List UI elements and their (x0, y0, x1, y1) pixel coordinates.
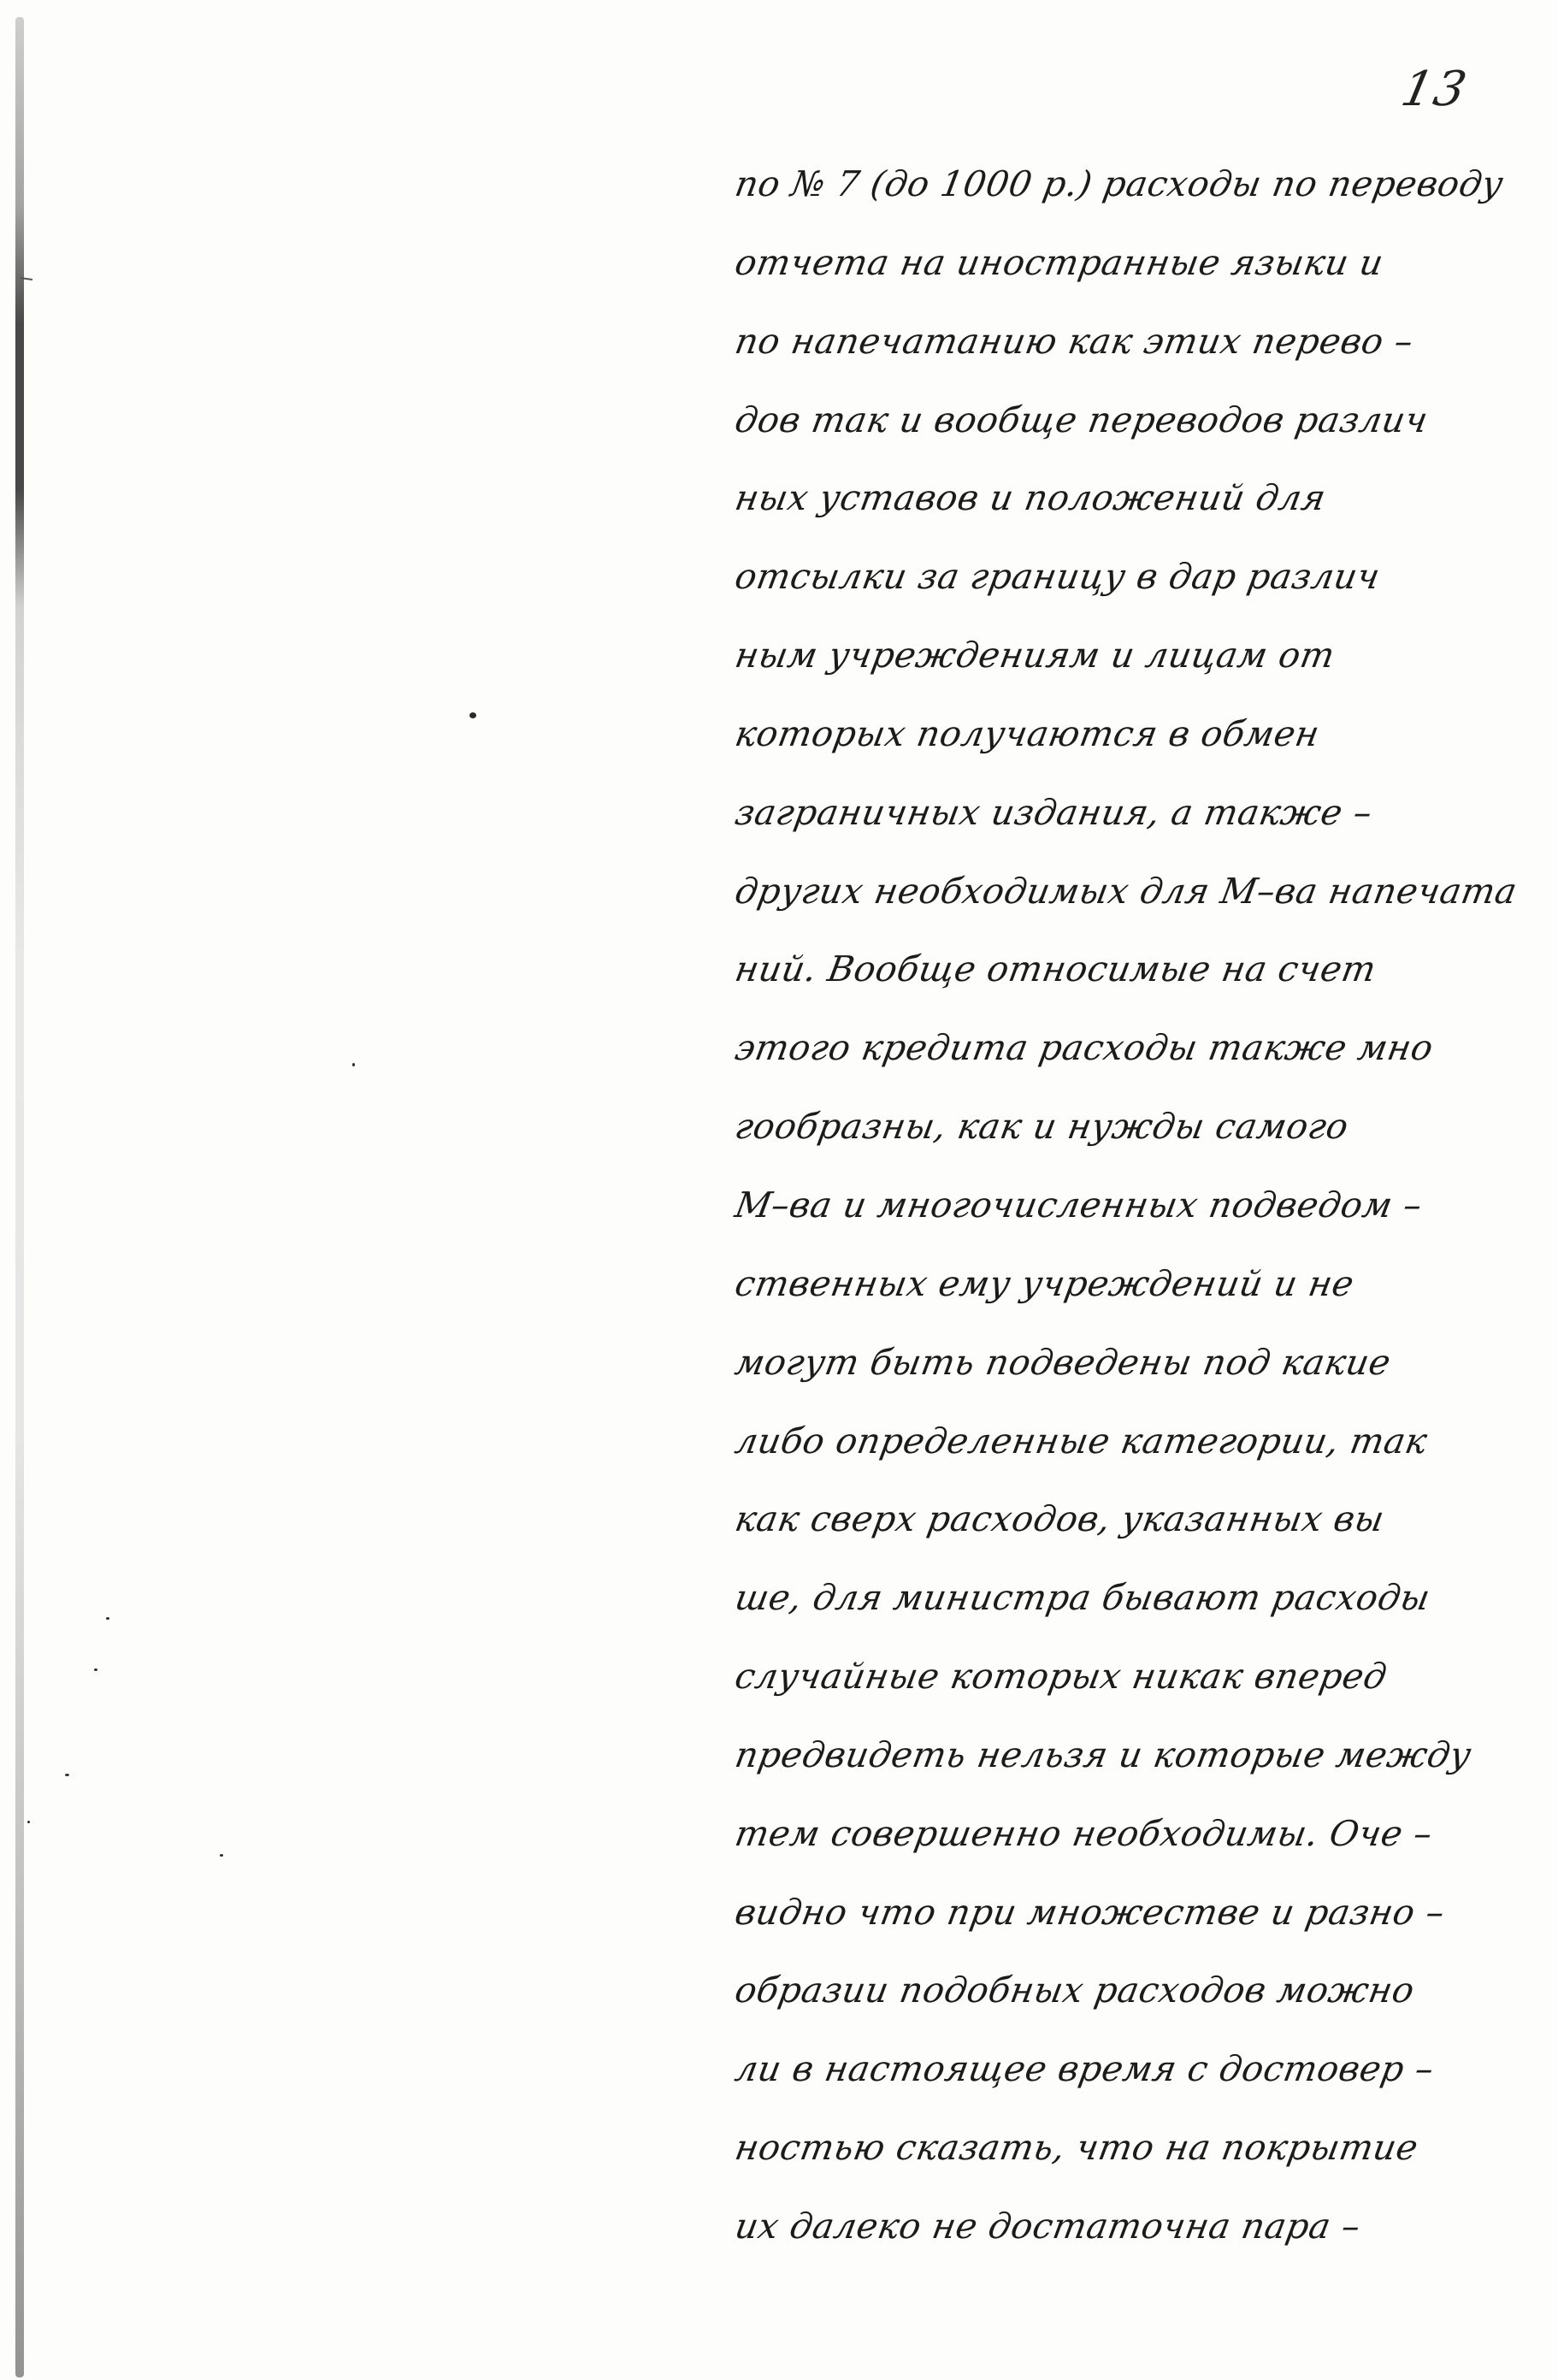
ink-speck (65, 1774, 69, 1776)
manuscript-line: отчета на иностранные языки и (729, 224, 1529, 303)
manuscript-line: М–ва и многочисленных подведом – (729, 1166, 1529, 1245)
manuscript-line: случайные которых никак вперед (729, 1638, 1529, 1716)
manuscript-line: других необходимых для М–ва напечата (729, 853, 1529, 931)
manuscript-line: ли в настоящее время с достовер – (729, 2030, 1529, 2109)
manuscript-line: либо определенные категории, так (729, 1403, 1529, 1481)
manuscript-line: ностью сказать, что на покрытие (729, 2109, 1529, 2188)
manuscript-line: ным учреждениям и лицам от (729, 617, 1529, 695)
manuscript-line: образии подобных расходов можно (729, 1952, 1529, 2030)
ink-speck (27, 1821, 30, 1823)
manuscript-line: ше, для министра бывают расходы (729, 1559, 1529, 1638)
ink-speck (352, 1063, 355, 1066)
manuscript-line: их далеко не достаточна пара – (729, 2188, 1529, 2266)
manuscript-page: 13 по № 7 (до 1000 р.) расходы по перево… (0, 0, 1558, 2380)
manuscript-line: ственных ему учреждений и не (729, 1245, 1529, 1324)
manuscript-line: видно что при множестве и разно – (729, 1874, 1529, 1952)
manuscript-text: по № 7 (до 1000 р.) расходы по переводу … (735, 145, 1522, 2266)
manuscript-line: по № 7 (до 1000 р.) расходы по переводу (729, 145, 1529, 224)
manuscript-line: ний. Вообще относимые на счет (729, 930, 1529, 1009)
manuscript-line: по напечатанию как этих перево – (729, 303, 1529, 381)
page-number: 13 (1396, 62, 1472, 117)
manuscript-line: дов так и вообще переводов различ (729, 381, 1529, 460)
manuscript-line: отсылки за границу в дар различ (729, 538, 1529, 617)
ink-speck (94, 1668, 97, 1671)
manuscript-line: как сверх расходов, указанных вы (729, 1480, 1529, 1559)
manuscript-line: гообразны, как и нужды самого (729, 1088, 1529, 1166)
manuscript-line: тем совершенно необходимы. Оче – (729, 1795, 1529, 1874)
ink-speck (220, 1854, 223, 1857)
manuscript-line: этого кредита расходы также мно (729, 1009, 1529, 1088)
manuscript-line: которых получаются в обмен (729, 695, 1529, 774)
binding-edge-shadow (15, 17, 24, 2377)
manuscript-line: ных уставов и положений для (729, 459, 1529, 538)
manuscript-line: заграничных издания, а также – (729, 774, 1529, 853)
manuscript-line: могут быть подведены под какие (729, 1324, 1529, 1403)
ink-speck (106, 1617, 109, 1620)
ink-speck (469, 712, 476, 718)
manuscript-line: предвидеть нельзя и которые между (729, 1716, 1529, 1795)
